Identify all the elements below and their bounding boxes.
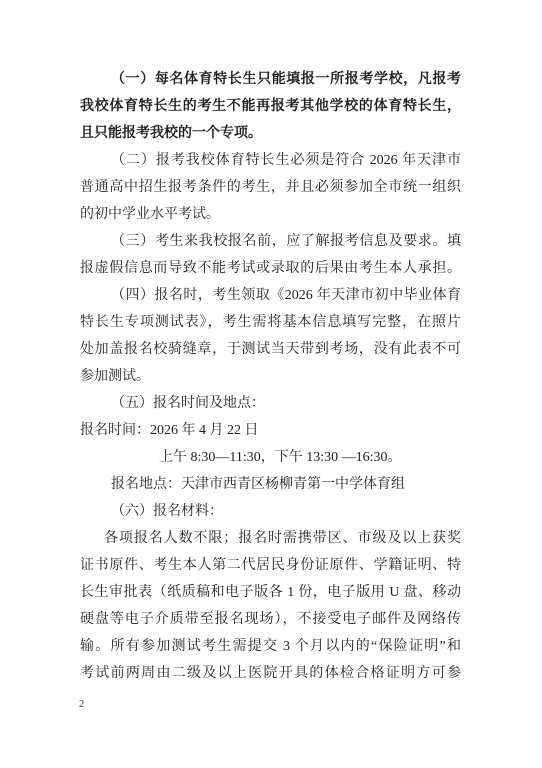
paragraph-registration-date: 报名时间：2026 年 4 月 22 日	[80, 417, 461, 444]
text-line: （五）报名时间及地点：	[80, 390, 461, 417]
paragraph-rule-3: （三）考生来我校报名前，应了解报考信息及要求。填 报虚假信息而导致不能考试或录取…	[80, 228, 461, 282]
text-line: 的初中学业水平考试。	[80, 201, 461, 228]
paragraph-rule-5-heading: （五）报名时间及地点：	[80, 390, 461, 417]
text-line: 考试前两周由二级及以上医院开具的体检合格证明方可参	[80, 660, 461, 687]
text-line: （三）考生来我校报名前，应了解报考信息及要求。填	[80, 228, 461, 255]
page-number: 2	[79, 698, 84, 712]
text-line: 报虚假信息而导致不能考试或录取的后果由考生本人承担。	[80, 255, 461, 282]
text-line: 各项报名人数不限；报名时需携带区、市级及以上获奖	[80, 525, 461, 552]
text-line: 普通高中招生报考条件的考生，并且必须参加全市统一组织	[80, 174, 461, 201]
text-line: 参加测试。	[80, 363, 461, 390]
paragraph-rule-6-detail: 各项报名人数不限；报名时需携带区、市级及以上获奖 证书原件、考生本人第二代居民身…	[80, 525, 461, 687]
text-line: 上午 8:30—11:30，下午 13:30 —16:30。	[80, 444, 461, 471]
paragraph-rule-6-heading: （六）报名材料：	[80, 498, 461, 525]
text-line: （一）每名体育特长生只能填报一所报考学校，凡报考	[80, 66, 461, 93]
text-line: 且只能报考我校的一个专项。	[80, 120, 461, 147]
text-line: 长生审批表（纸质稿和电子版各 1 份，电子版用 U 盘、移动	[80, 579, 461, 606]
text-line: 处加盖报名校骑缝章，于测试当天带到考场，没有此表不可	[80, 336, 461, 363]
text-line: 特长生专项测试表》，考生需将基本信息填写完整，在照片	[80, 309, 461, 336]
text-line: 证书原件、考生本人第二代居民身份证原件、学籍证明、特	[80, 552, 461, 579]
text-line: 我校体育特长生的考生不能再报考其他学校的体育特长生，	[80, 93, 461, 120]
text-line: （四）报名时，考生领取《2026 年天津市初中毕业体育	[80, 282, 461, 309]
document-page: （一）每名体育特长生只能填报一所报考学校，凡报考 我校体育特长生的考生不能再报考…	[0, 0, 542, 768]
text-line: 报名地点：天津市西青区杨柳青第一中学体育组	[80, 471, 461, 498]
text-line: （六）报名材料：	[80, 498, 461, 525]
paragraph-rule-4: （四）报名时，考生领取《2026 年天津市初中毕业体育 特长生专项测试表》，考生…	[80, 282, 461, 390]
text-line: （二）报考我校体育特长生必须是符合 2026 年天津市	[80, 147, 461, 174]
body-text: （一）每名体育特长生只能填报一所报考学校，凡报考 我校体育特长生的考生不能再报考…	[80, 66, 461, 687]
paragraph-rule-1: （一）每名体育特长生只能填报一所报考学校，凡报考 我校体育特长生的考生不能再报考…	[80, 66, 461, 147]
paragraph-registration-hours: 上午 8:30—11:30，下午 13:30 —16:30。	[80, 444, 461, 471]
text-line: 硬盘等电子介质带至报名现场），不接受电子邮件及网络传	[80, 606, 461, 633]
paragraph-registration-place: 报名地点：天津市西青区杨柳青第一中学体育组	[80, 471, 461, 498]
text-line: 报名时间：2026 年 4 月 22 日	[80, 417, 461, 444]
paragraph-rule-2: （二）报考我校体育特长生必须是符合 2026 年天津市 普通高中招生报考条件的考…	[80, 147, 461, 228]
text-line: 输。所有参加测试考生需提交 3 个月以内的“保险证明”和	[80, 633, 461, 660]
